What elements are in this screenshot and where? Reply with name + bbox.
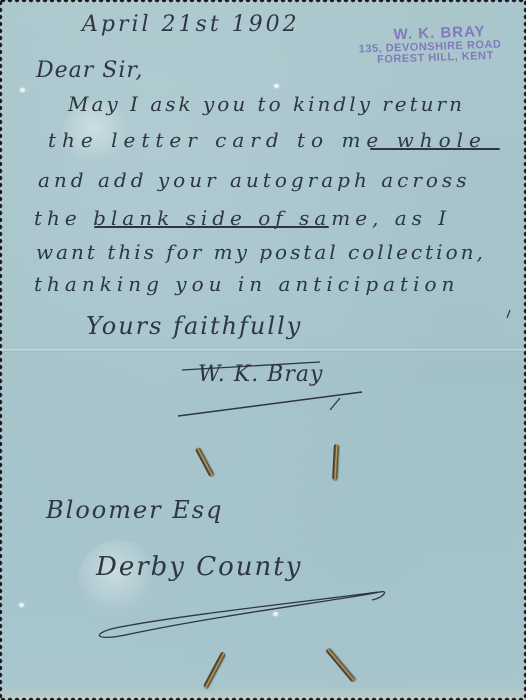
underline-blank-side: [94, 226, 329, 228]
stamp-town: FOREST HILL, KENT: [365, 51, 505, 67]
letter-body-line: thanking you in anticipation: [34, 272, 459, 296]
letter-date: April 21st 1902: [82, 12, 300, 37]
brass-fastener: [332, 444, 339, 480]
letter-card: W. K. BRAY 135, DEVONSHIRE ROAD FOREST H…: [0, 0, 526, 700]
perforated-edge-left: [0, 0, 4, 700]
pin-hole: [274, 84, 279, 88]
perforated-edge-top: [0, 0, 526, 4]
pin-hole: [19, 603, 24, 607]
perforated-edge-bottom: [0, 695, 526, 700]
brass-fastener: [195, 447, 214, 478]
letter-salutation: Dear Sir,: [36, 58, 143, 83]
recipient-name: Bloomer Esq: [46, 496, 223, 524]
sender-address-stamp: W. K. BRAY 135, DEVONSHIRE ROAD FOREST H…: [354, 23, 505, 67]
perforated-edge-right: [521, 0, 526, 700]
letter-closing: Yours faithfully: [86, 312, 302, 340]
letter-body-line: May I ask you to kindly return: [68, 92, 465, 116]
fold-crease: [0, 349, 526, 352]
pin-hole: [20, 88, 25, 92]
letter-signature: W. K. Bray: [198, 362, 323, 387]
brass-fastener: [325, 647, 356, 682]
brass-fastener: [203, 651, 226, 689]
letter-body-line: and add your autograph across: [38, 168, 470, 192]
pin-hole: [273, 612, 278, 616]
recipient-address-line: Derby County: [96, 552, 302, 582]
letter-body-line: want this for my postal collection,: [36, 240, 486, 264]
underline-whole: [370, 148, 500, 150]
